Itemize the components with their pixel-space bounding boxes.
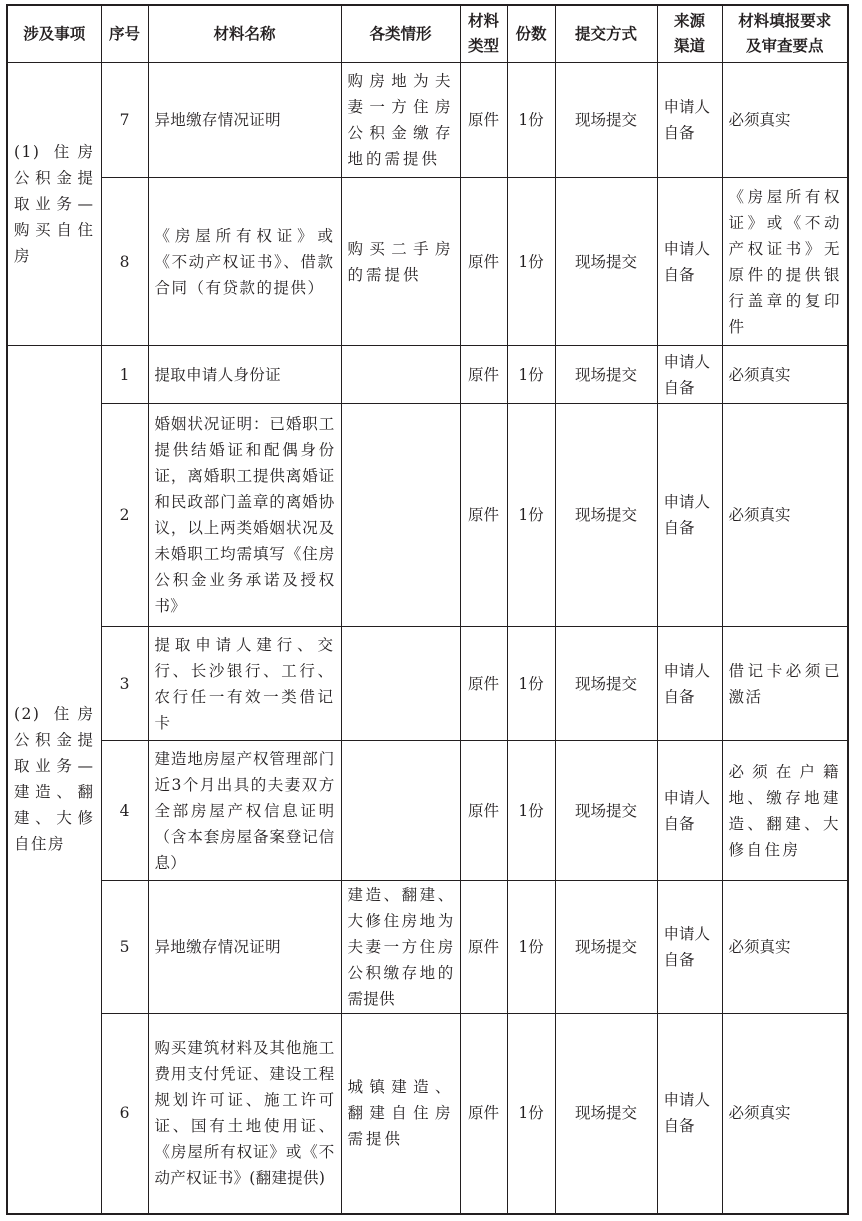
type-cell: 原件 <box>460 346 507 404</box>
method-cell: 现场提交 <box>555 63 657 178</box>
source-cell: 申请人自备 <box>657 1014 722 1214</box>
type-cell: 原件 <box>460 1014 507 1214</box>
type-cell: 原件 <box>460 63 507 178</box>
material-name-cell: 提取申请人身份证 <box>148 346 341 404</box>
type-cell: 原件 <box>460 627 507 741</box>
source-cell: 申请人自备 <box>657 881 722 1014</box>
header-type: 材料 类型 <box>460 5 507 63</box>
type-cell: 原件 <box>460 741 507 881</box>
source-cell: 申请人自备 <box>657 63 722 178</box>
situation-cell: 建造、翻建、大修住房地为夫妻一方住房公积缴存地的需提供 <box>341 881 460 1014</box>
material-name-cell: 《房屋所有权证》或《不动产权证书》、借款合同（有贷款的提供） <box>148 178 341 346</box>
seq-cell: 4 <box>101 741 148 881</box>
header-matter: 涉及事项 <box>7 5 101 63</box>
type-cell: 原件 <box>460 178 507 346</box>
material-name-cell: 提取申请人建行、交行、长沙银行、工行、农行任一有效一类借记卡 <box>148 627 341 741</box>
table-row: (1) 住房公积金提取业务—购买自住房 7 异地缴存情况证明 购房地为夫妻一方住… <box>7 63 848 178</box>
seq-cell: 8 <box>101 178 148 346</box>
group-label: (2) 住房公积金提取业务—建造、翻建、大修自住房 <box>7 346 101 1214</box>
seq-cell: 2 <box>101 404 148 627</box>
copies-cell: 1份 <box>507 63 555 178</box>
situation-cell <box>341 404 460 627</box>
copies-cell: 1份 <box>507 404 555 627</box>
method-cell: 现场提交 <box>555 627 657 741</box>
header-method: 提交方式 <box>555 5 657 63</box>
requirement-cell: 必须真实 <box>722 63 848 178</box>
source-cell: 申请人自备 <box>657 346 722 404</box>
material-name-cell: 建造地房屋产权管理部门近3个月出具的夫妻双方全部房屋产权信息证明（含本套房屋备案… <box>148 741 341 881</box>
requirement-cell: 必须在户籍地、缴存地建造、翻建、大修自住房 <box>722 741 848 881</box>
copies-cell: 1份 <box>507 1014 555 1214</box>
source-cell: 申请人自备 <box>657 741 722 881</box>
seq-cell: 3 <box>101 627 148 741</box>
copies-cell: 1份 <box>507 741 555 881</box>
header-requirement: 材料填报要求 及审查要点 <box>722 5 848 63</box>
requirement-cell: 借记卡必须已激活 <box>722 627 848 741</box>
table-row: 8 《房屋所有权证》或《不动产权证书》、借款合同（有贷款的提供） 购买二手房的需… <box>7 178 848 346</box>
situation-cell: 城镇建造、翻建自住房需提供 <box>341 1014 460 1214</box>
material-name-cell: 异地缴存情况证明 <box>148 881 341 1014</box>
source-cell: 申请人自备 <box>657 404 722 627</box>
method-cell: 现场提交 <box>555 1014 657 1214</box>
situation-cell: 购房地为夫妻一方住房公积金缴存地的需提供 <box>341 63 460 178</box>
materials-table: 涉及事项 序号 材料名称 各类情形 材料 类型 份数 提交方式 来源 渠道 材料… <box>6 4 849 1215</box>
requirement-cell: 必须真实 <box>722 1014 848 1214</box>
material-name-cell: 异地缴存情况证明 <box>148 63 341 178</box>
seq-cell: 5 <box>101 881 148 1014</box>
copies-cell: 1份 <box>507 178 555 346</box>
header-copies: 份数 <box>507 5 555 63</box>
seq-cell: 7 <box>101 63 148 178</box>
method-cell: 现场提交 <box>555 404 657 627</box>
group-label: (1) 住房公积金提取业务—购买自住房 <box>7 63 101 346</box>
situation-cell: 购买二手房的需提供 <box>341 178 460 346</box>
method-cell: 现场提交 <box>555 346 657 404</box>
header-source: 来源 渠道 <box>657 5 722 63</box>
table-row: 4 建造地房屋产权管理部门近3个月出具的夫妻双方全部房屋产权信息证明（含本套房屋… <box>7 741 848 881</box>
requirement-cell: 必须真实 <box>722 881 848 1014</box>
table-row: 5 异地缴存情况证明 建造、翻建、大修住房地为夫妻一方住房公积缴存地的需提供 原… <box>7 881 848 1014</box>
requirement-cell: 必须真实 <box>722 404 848 627</box>
table-row: 2 婚姻状况证明：已婚职工提供结婚证和配偶身份证，离婚职工提供离婚证和民政部门盖… <box>7 404 848 627</box>
method-cell: 现场提交 <box>555 741 657 881</box>
situation-cell <box>341 627 460 741</box>
header-material-name: 材料名称 <box>148 5 341 63</box>
material-name-cell: 购买建筑材料及其他施工费用支付凭证、建设工程规划许可证、施工许可证、国有土地使用… <box>148 1014 341 1214</box>
header-situation: 各类情形 <box>341 5 460 63</box>
type-cell: 原件 <box>460 404 507 627</box>
type-cell: 原件 <box>460 881 507 1014</box>
table-row: 3 提取申请人建行、交行、长沙银行、工行、农行任一有效一类借记卡 原件 1份 现… <box>7 627 848 741</box>
table-row: (2) 住房公积金提取业务—建造、翻建、大修自住房 1 提取申请人身份证 原件 … <box>7 346 848 404</box>
copies-cell: 1份 <box>507 346 555 404</box>
method-cell: 现场提交 <box>555 178 657 346</box>
header-row: 涉及事项 序号 材料名称 各类情形 材料 类型 份数 提交方式 来源 渠道 材料… <box>7 5 848 63</box>
situation-cell <box>341 346 460 404</box>
copies-cell: 1份 <box>507 881 555 1014</box>
table-row: 6 购买建筑材料及其他施工费用支付凭证、建设工程规划许可证、施工许可证、国有土地… <box>7 1014 848 1214</box>
requirement-cell: 《房屋所有权证》或《不动产权证书》无原件的提供银行盖章的复印件 <box>722 178 848 346</box>
source-cell: 申请人自备 <box>657 627 722 741</box>
copies-cell: 1份 <box>507 627 555 741</box>
requirement-cell: 必须真实 <box>722 346 848 404</box>
header-seq: 序号 <box>101 5 148 63</box>
material-name-cell: 婚姻状况证明：已婚职工提供结婚证和配偶身份证，离婚职工提供离婚证和民政部门盖章的… <box>148 404 341 627</box>
seq-cell: 6 <box>101 1014 148 1214</box>
situation-cell <box>341 741 460 881</box>
source-cell: 申请人自备 <box>657 178 722 346</box>
seq-cell: 1 <box>101 346 148 404</box>
method-cell: 现场提交 <box>555 881 657 1014</box>
